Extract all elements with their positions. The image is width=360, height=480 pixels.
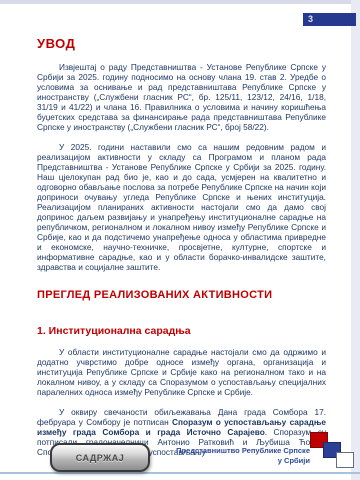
overview-heading: ПРЕГЛЕД РЕАЛИЗОВАНИХ АКТИВНОСТИ: [37, 289, 326, 301]
document-page: 3 УВОД Извјештај о раду Представништва -…: [0, 0, 360, 480]
page-top-edge: [0, 0, 360, 4]
page-content: УВОД Извјештај о раду Представништва - У…: [37, 36, 326, 467]
intro-paragraph-1: Извјештај о раду Представништва - Устано…: [37, 62, 326, 132]
subsection-paragraph: У области институционалне сарадње настој…: [37, 347, 326, 397]
subsection-heading: 1. Институционална сарадња: [37, 325, 326, 337]
intro-paragraph-2: У 2025. години наставили смо са нашим ре…: [37, 142, 326, 272]
contents-button[interactable]: САДРЖАЈ: [50, 443, 150, 472]
page-number-badge: 3: [303, 13, 356, 26]
footer-org-line2: у Србији: [160, 456, 310, 466]
rs-squares-logo-icon: [310, 430, 358, 474]
footer-divider-line: [0, 472, 360, 474]
page-right-edge: [351, 0, 360, 480]
logo-white-square-icon: [336, 452, 354, 468]
footer-org-line1: Представништво Републике Српске: [160, 446, 310, 456]
intro-heading: УВОД: [37, 36, 326, 51]
footer-org-name: Представништво Републике Српске у Србији: [160, 446, 310, 466]
